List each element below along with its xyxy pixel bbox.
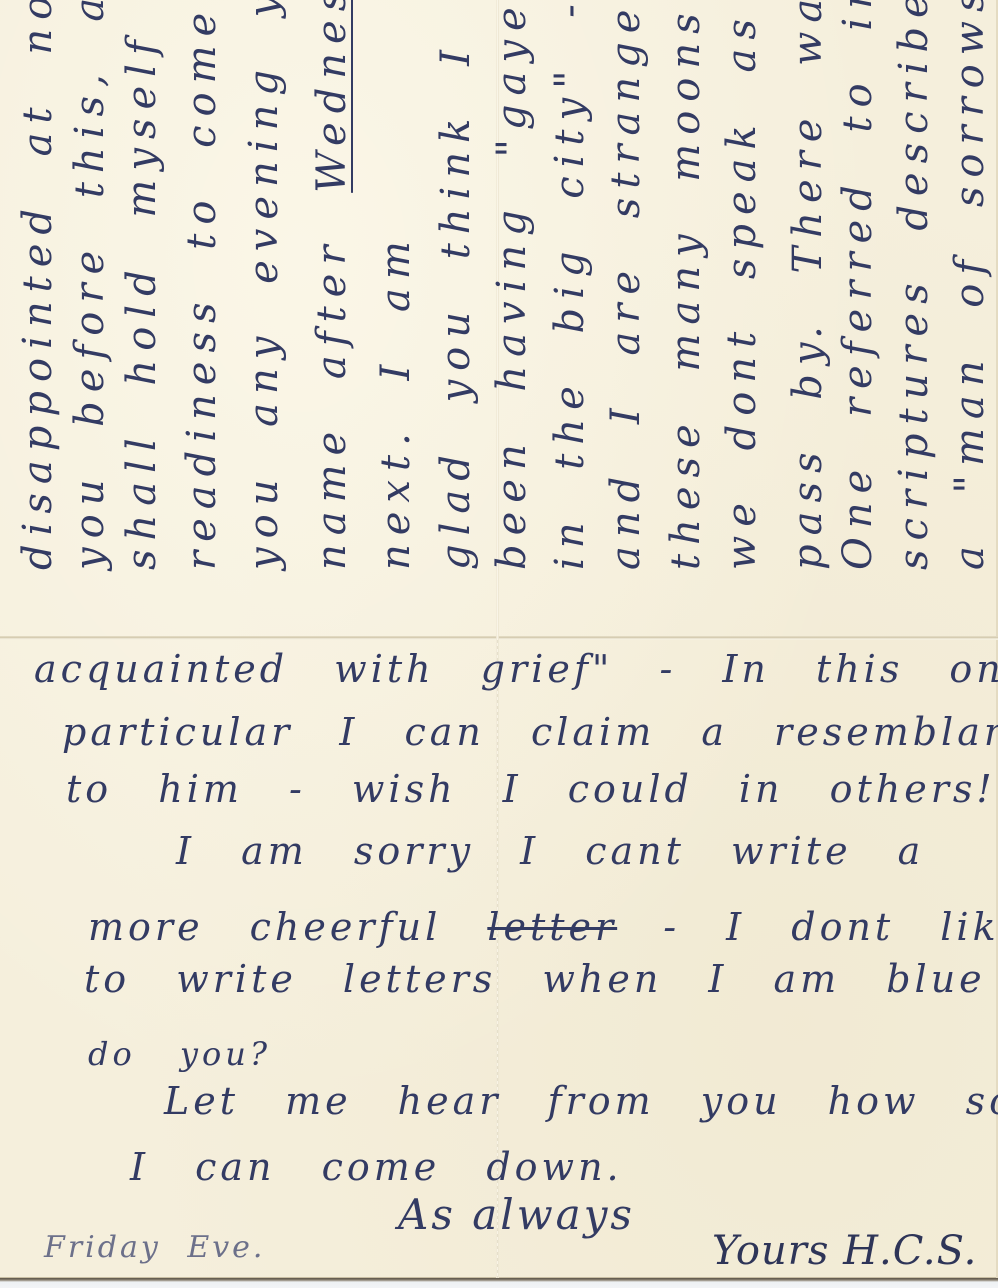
rotated-line-8: glad you think I have bbox=[436, 0, 476, 570]
letter-line-2: particular I can claim a resemblance bbox=[62, 713, 998, 751]
letter-line-9: I can come down. bbox=[130, 1148, 623, 1186]
letter-closing: As always bbox=[398, 1190, 635, 1239]
letter-line-5-start: more cheerful bbox=[88, 905, 487, 949]
rotated-line-17: a "man of sorrows and bbox=[950, 0, 990, 570]
letter-line-5: more cheerful letter - I dont like bbox=[88, 908, 998, 946]
letter-upper-half-rotated: disappointed at not seeing you before th… bbox=[0, 0, 998, 636]
letter-line-8: Let me hear from you how soon bbox=[164, 1082, 998, 1120]
rotated-line-13: we dont speak as we bbox=[722, 0, 762, 570]
letter-line-4: I am sorry I cant write a bbox=[176, 832, 924, 870]
rotated-line-15: One referred to in the bbox=[838, 0, 878, 570]
underlined-wednesday: Wednesday bbox=[309, 0, 355, 193]
letter-date: Friday Eve. bbox=[44, 1230, 265, 1265]
struck-word: letter bbox=[487, 905, 617, 949]
horizontal-fold-crease bbox=[0, 636, 998, 640]
letter-line-3: to him - wish I could in others! bbox=[66, 770, 996, 808]
letter-line-5-end: - I dont like bbox=[617, 905, 998, 949]
rotated-line-6-text: name after bbox=[309, 193, 355, 570]
rotated-line-5: you any evening you bbox=[244, 0, 284, 570]
rotated-line-9: been having "gayety bbox=[492, 0, 532, 570]
letter-sheet: disappointed at not seeing you before th… bbox=[0, 0, 998, 1280]
rotated-line-6: name after Wednesday bbox=[312, 0, 352, 570]
rotated-line-14: pass by. There was bbox=[788, 0, 828, 570]
rotated-line-15-text: One referred to in bbox=[835, 0, 881, 570]
letter-line-1: acquainted with grief" - In this one bbox=[34, 650, 998, 688]
rotated-line-1: disappointed at not seeing bbox=[18, 0, 58, 570]
rotated-line-3: shall hold myself in bbox=[122, 0, 162, 570]
rotated-line-4: readiness to come to bbox=[182, 0, 222, 570]
rotated-line-7: next. I am bbox=[376, 232, 416, 570]
rotated-line-2: you before this, and bbox=[70, 0, 110, 570]
letter-line-7: do you? bbox=[88, 1038, 271, 1070]
sheet-bottom-edge bbox=[0, 1278, 998, 1288]
rotated-line-16: scriptures described as bbox=[894, 0, 934, 570]
rotated-line-10: in the big city" - Gayety - bbox=[550, 0, 590, 570]
letter-line-6: to write letters when I am blue - bbox=[84, 960, 998, 998]
rotated-line-12: these many moons - bbox=[666, 0, 706, 570]
rotated-line-11: and I are strangers - bbox=[606, 0, 646, 570]
letter-signature: Yours H.C.S. bbox=[712, 1228, 977, 1274]
